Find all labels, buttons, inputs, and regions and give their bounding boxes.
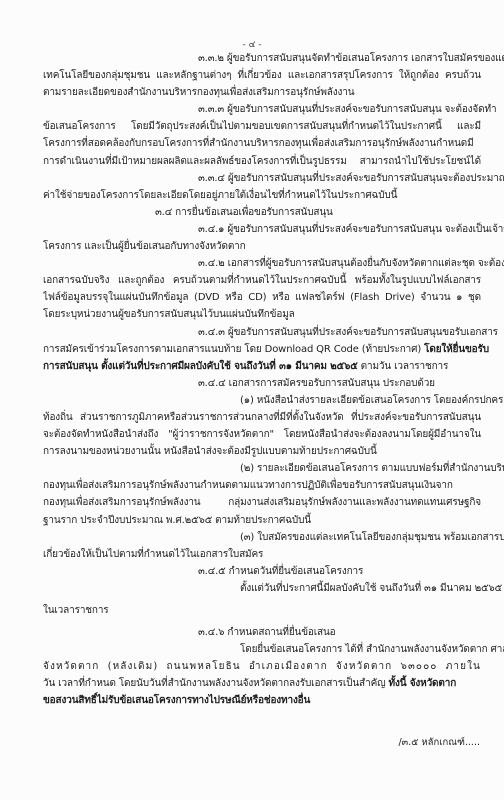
- paragraph-3-3-3: ๓.๓.๓ ผู้ขอรับการสนับสนุนที่ประสงค์จะขอร…: [43, 101, 481, 169]
- paragraph-line: ๓.๓.๔ ผู้ขอรับการสนับสนุนที่ประสงค์จะขอร…: [43, 170, 481, 187]
- paragraph-line: ไฟล์ข้อมูลบรรจุในแผ่นบันทึกข้อมูล (DVD ห…: [43, 289, 481, 306]
- paragraph-line: ตั้งแต่วันที่ประกาศนี้มีผลบังคับใช้ จนถึ…: [43, 580, 481, 597]
- paragraph-line: ตามรายละเอียดของสำนักงานบริหารกองทุนเพื่…: [43, 84, 481, 101]
- paragraph-line: เอกสารฉบับจริง และถูกต้อง ครบถ้วนตามที่ก…: [43, 272, 481, 289]
- paragraph-line: ๓.๓.๓ ผู้ขอรับการสนับสนุนที่ประสงค์จะขอร…: [43, 101, 481, 118]
- paragraph-line: การลงนามของหน่วยงานนั้น หนังสือนำส่งจะต้…: [43, 443, 481, 460]
- page-number: - ๔ -: [0, 37, 504, 51]
- paragraph-line: เกี่ยวข้องให้เป็นไปตามที่กำหนดไว้ในเอกสา…: [43, 546, 481, 563]
- text-bold: โดยให้ยื่นขอรับ: [424, 344, 489, 355]
- paragraph-3-4-5: ๓.๔.๕ กำหนดวันที่ยื่นข้อเสนอโครงการ ตั้ง…: [43, 563, 481, 619]
- paragraph-line: (๑) หนังสือนำส่งรายละเอียดข้อเสนอโครงการ…: [43, 392, 481, 409]
- list-item-1: (๑) หนังสือนำส่งรายละเอียดข้อเสนอโครงการ…: [43, 392, 481, 460]
- paragraph-line: การดำเนินงานที่มีเป้าหมายผลผลิตและผลลัพธ…: [43, 153, 481, 170]
- paragraph-3-4-3: ๓.๔.๓ ผู้ขอรับการสนับสนุนที่ประสงค์จะขอร…: [43, 324, 481, 375]
- section-heading-3-4: ๓.๔ การยื่นข้อเสนอเพื่อขอรับการสนับสนุน: [43, 204, 481, 221]
- paragraph-line: วัน เวลาที่กำหนด โดยนับวันที่สำนักงานพลั…: [43, 675, 481, 692]
- paragraph-line-bold: ขอสงวนสิทธิ์ไม่รับข้อเสนอโครงการทางไปรษณ…: [43, 692, 481, 709]
- paragraph-line: โดยยื่นข้อเสนอโครงการ ได้ที่ สำนักงานพลั…: [43, 641, 481, 658]
- paragraph-line: ข้อเสนอโครงการ โดยมีวัตถุประสงค์เป็นไปตา…: [43, 118, 481, 135]
- paragraph-line: กองทุนเพื่อส่งเสริมการอนุรักษ์พลังงาน กล…: [43, 494, 481, 511]
- paragraph-3-4-1: ๓.๔.๑ ผู้ขอรับการสนับสนุนที่ประสงค์จะขอร…: [43, 221, 481, 255]
- paragraph-line: ท้องถิ่น ส่วนราชการภูมิภาคหรือส่วนราชการ…: [43, 409, 481, 426]
- text-bold-deadline: การสนับสนุน ตั้งแต่วันที่ประกาศมีผลบังคั…: [43, 361, 358, 372]
- paragraph-line: (๒) รายละเอียดข้อเสนอโครงการ ตามแบบฟอร์ม…: [43, 460, 481, 477]
- paragraph-line: ๓.๓.๒ ผู้ขอรับการสนับสนุนจัดทำข้อเสนอโคร…: [43, 50, 481, 67]
- paragraph-line: เทคโนโลยีของกลุ่มชุมชน และหลักฐานต่างๆ ท…: [43, 67, 481, 84]
- paragraph-line: ๓.๔.๑ ผู้ขอรับการสนับสนุนที่ประสงค์จะขอร…: [43, 221, 481, 238]
- paragraph-3-3-4: ๓.๓.๔ ผู้ขอรับการสนับสนุนที่ประสงค์จะขอร…: [43, 170, 481, 204]
- paragraph-3-4-4: ๓.๔.๔ เอกสารการสมัครขอรับการสนับสนุน ประ…: [43, 375, 481, 563]
- paragraph-line: การสมัครเข้าร่วมโครงการตามเอกสารแนบท้าย …: [43, 341, 481, 358]
- paragraph-line: ค่าใช้จ่ายของโครงการโดยละเอียดโดยอยู่ภาย…: [43, 187, 481, 204]
- list-item-3: (๓) ใบสมัครของแต่ละเทคโนโลยีของกลุ่มชุมช…: [43, 529, 481, 563]
- paragraph-3-3-2: ๓.๓.๒ ผู้ขอรับการสนับสนุนจัดทำข้อเสนอโคร…: [43, 50, 481, 101]
- paragraph-line: ในเวลาราชการ: [43, 602, 481, 619]
- paragraph-heading: ๓.๔.๕ กำหนดวันที่ยื่นข้อเสนอโครงการ: [43, 563, 481, 580]
- paragraph-line: โครงการ และเป็นผู้ยื่นข้อเสนอกับทางจังหว…: [43, 238, 481, 255]
- paragraph-line: โดยระบุหน่วยงานผู้ขอรับการสนับสนุนไว้บนแ…: [43, 306, 481, 323]
- paragraph-line: โครงการที่สอดคล้องกับกรอบโครงการที่สำนัก…: [43, 135, 481, 152]
- text-bold: ทั้งนี้ จังหวัดตาก: [389, 678, 457, 689]
- document-body: ๓.๓.๒ ผู้ขอรับการสนับสนุนจัดทำข้อเสนอโคร…: [43, 50, 481, 710]
- paragraph-line: ๓.๔.๒ เอกสารที่ผู้ขอรับการสนับสนุนต้องยื…: [43, 255, 481, 272]
- paragraph-3-4-2: ๓.๔.๒ เอกสารที่ผู้ขอรับการสนับสนุนต้องยื…: [43, 255, 481, 323]
- text-normal: วัน เวลาที่กำหนด โดยนับวันที่สำนักงานพลั…: [43, 678, 389, 689]
- paragraph-line: จังหวัดตาก (หลังเดิม) ถนนพหลโยธิน อำเภอเ…: [43, 658, 481, 675]
- paragraph-heading: ๓.๔.๔ เอกสารการสมัครขอรับการสนับสนุน ประ…: [43, 375, 481, 392]
- continuation-marker: /๓.๕ หลักเกณฑ์.....: [398, 735, 480, 750]
- paragraph-line: (๓) ใบสมัครของแต่ละเทคโนโลยีของกลุ่มชุมช…: [43, 529, 481, 546]
- text-normal: ตามวัน เวลาราชการ: [358, 361, 449, 372]
- document-page: - ๔ - ๓.๓.๒ ผู้ขอรับการสนับสนุนจัดทำข้อเ…: [0, 0, 504, 800]
- paragraph-line: ฐานราก ประจำปีงบประมาณ พ.ศ.๒๕๖๕ ตามท้ายป…: [43, 512, 481, 529]
- paragraph-line: การสนับสนุน ตั้งแต่วันที่ประกาศมีผลบังคั…: [43, 358, 481, 375]
- paragraph-line: จะต้องจัดทำหนังสือนำส่งถึง "ผู้ว่าราชการ…: [43, 426, 481, 443]
- paragraph-heading: ๓.๔.๖ กำหนดสถานที่ยื่นข้อเสนอ: [43, 624, 481, 641]
- paragraph-line: ๓.๔.๓ ผู้ขอรับการสนับสนุนที่ประสงค์จะขอร…: [43, 324, 481, 341]
- paragraph-3-4-6: ๓.๔.๖ กำหนดสถานที่ยื่นข้อเสนอ โดยยื่นข้อ…: [43, 624, 481, 709]
- text-normal: การสมัครเข้าร่วมโครงการตามเอกสารแนบท้าย …: [43, 344, 424, 355]
- list-item-2: (๒) รายละเอียดข้อเสนอโครงการ ตามแบบฟอร์ม…: [43, 460, 481, 528]
- paragraph-line: กองทุนเพื่อส่งเสริมการอนุรักษ์พลังงานกำห…: [43, 477, 481, 494]
